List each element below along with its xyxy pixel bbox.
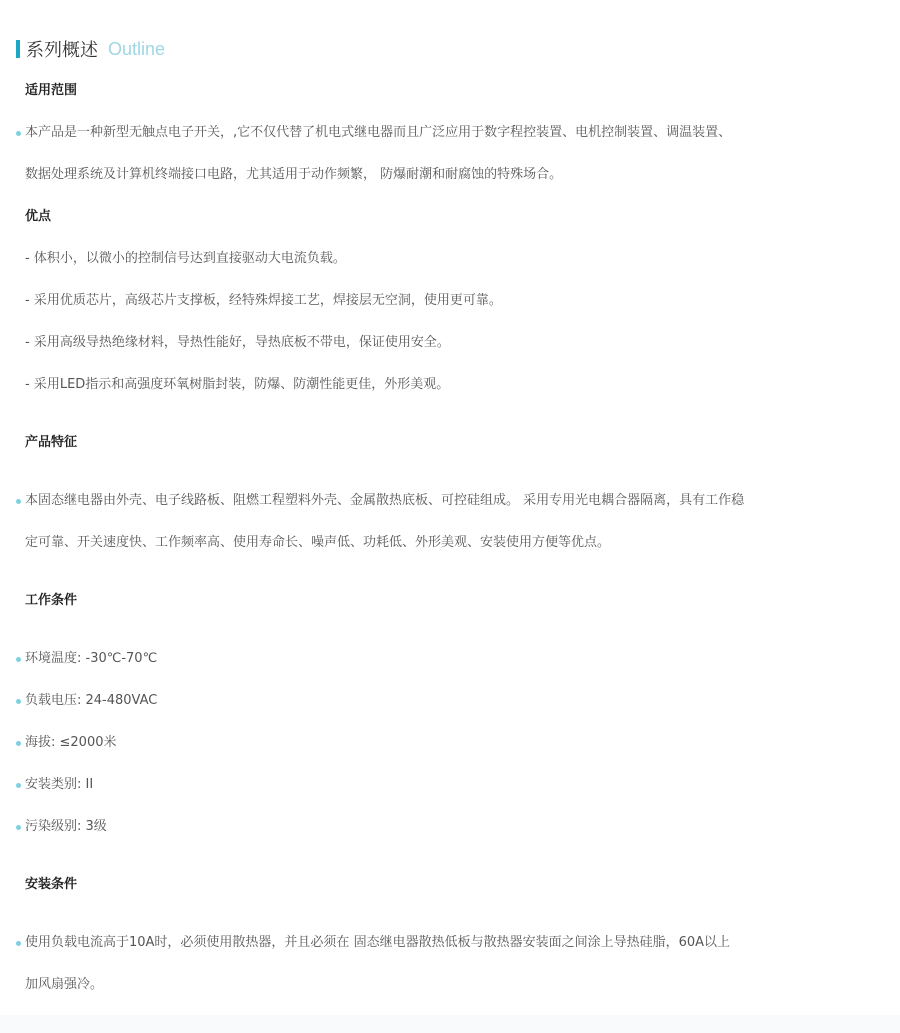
scope-text-1: 本产品是一种新型无触点电子开关，,它不仅代替了机电式继电器而且广泛应用于数字程控… [25,125,731,140]
advantage-item: - 采用高级导热绝缘材料，导热性能好，导热底板不带电，保证使用安全。 [25,333,450,353]
accent-bar [16,40,20,58]
conditions-heading: 工作条件 [25,591,77,611]
advantage-item: - 体积小，以微小的控制信号达到直接驱动大电流负载。 [25,249,346,269]
advantages-heading: 优点 [25,207,51,227]
condition-item: 污染级别: 3级 [25,817,107,837]
bullet-dot-icon [16,825,21,830]
bullet-dot-icon [16,741,21,746]
condition-text: 安装类别: II [25,777,93,792]
installation-text-1: 使用负载电流高于10A时，必须使用散热器，并且必须在 固态继电器散热低板与散热器… [25,935,730,950]
bullet-dot-icon [16,131,21,136]
advantage-item: - 采用LED指示和高强度环氧树脂封装，防爆、防潮性能更佳，外形美观。 [25,375,449,395]
condition-item: 海拔: ≤2000米 [25,733,117,753]
bullet-dot-icon [16,499,21,504]
bullet-dot-icon [16,941,21,946]
condition-text: 污染级别: 3级 [25,819,107,834]
condition-item: 安装类别: II [25,775,93,795]
installation-heading: 安装条件 [25,875,77,895]
condition-item: 环境温度: -30℃-70℃ [25,649,157,669]
condition-item: 负载电压: 24-480VAC [25,691,157,711]
features-heading: 产品特征 [25,433,77,453]
scope-heading: 适用范围 [25,81,77,101]
features-text-1: 本固态继电器由外壳、电子线路板、阻燃工程塑料外壳、金属散热底板、可控硅组成。 采… [25,493,744,508]
scope-paragraph-line-2: 数据处理系统及计算机终端接口电路，尤其适用于动作频繁， 防爆耐潮和耐腐蚀的特殊场… [25,165,562,185]
advantage-item: - 采用优质芯片，高级芯片支撑板，经特殊焊接工艺，焊接层无空洞，使用更可靠。 [25,291,502,311]
installation-paragraph-line-2: 加风扇强冷。 [25,975,103,995]
section-title-en: Outline [108,39,165,60]
section-title: 系列概述 [26,36,98,62]
bullet-dot-icon [16,783,21,788]
section-header: 系列概述 Outline [16,37,165,61]
condition-text: 海拔: ≤2000米 [25,735,117,750]
bullet-dot-icon [16,699,21,704]
installation-paragraph-line-1: 使用负载电流高于10A时，必须使用散热器，并且必须在 固态继电器散热低板与散热器… [25,933,730,953]
scope-paragraph-line-1: 本产品是一种新型无触点电子开关，,它不仅代替了机电式继电器而且广泛应用于数字程控… [25,123,731,143]
footer-band [0,1015,900,1033]
condition-text: 负载电压: 24-480VAC [25,693,157,708]
features-paragraph-line-1: 本固态继电器由外壳、电子线路板、阻燃工程塑料外壳、金属散热底板、可控硅组成。 采… [25,491,744,511]
condition-text: 环境温度: -30℃-70℃ [25,651,157,666]
bullet-dot-icon [16,657,21,662]
features-paragraph-line-2: 定可靠、开关速度快、工作频率高、使用寿命长、噪声低、功耗低、外形美观、安装使用方… [25,533,610,553]
